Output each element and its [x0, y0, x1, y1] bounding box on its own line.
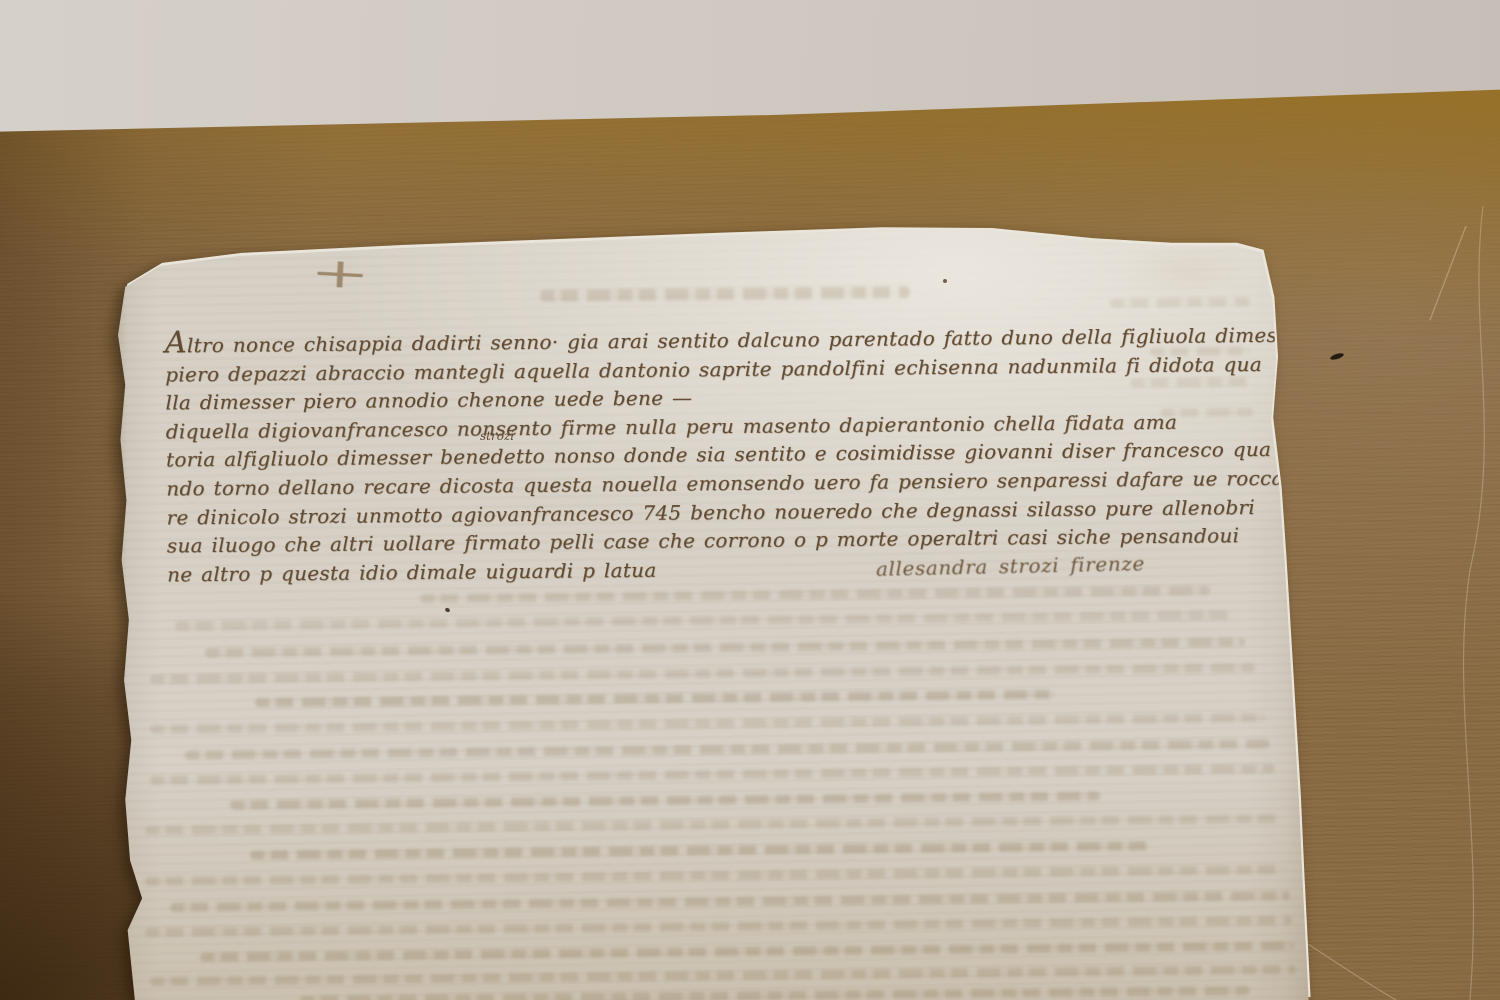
show-through-line: [185, 739, 1270, 759]
show-through-line: [540, 286, 910, 302]
show-through-line: [150, 764, 1275, 785]
paper-sheet: + Altro nonce chisappia dadirti senno· g…: [112, 224, 1317, 1000]
cross-mark: +: [309, 252, 371, 296]
show-through-line: [145, 865, 1285, 886]
show-through-line: [230, 791, 1100, 809]
ink-speck: [943, 279, 947, 283]
interlinear-insertion: strozi: [480, 430, 514, 442]
show-through-line: [145, 916, 1292, 937]
paper-surface: + Altro nonce chisappia dadirti senno· g…: [112, 224, 1317, 1000]
show-through-line: [255, 690, 1055, 707]
show-through-line: [170, 891, 1290, 912]
show-through-line: [1110, 297, 1250, 307]
show-through-line: [205, 638, 1245, 658]
show-through-line: [145, 814, 1280, 835]
letter-body: Altro nonce chisappia dadirti senno· gia…: [165, 319, 1297, 589]
show-through-line: [420, 586, 1210, 603]
show-through-line: [200, 941, 1294, 961]
show-through-line: [150, 713, 1265, 734]
show-through-line: [150, 965, 1296, 986]
show-through-line: [150, 663, 1255, 684]
show-through-line: [250, 841, 1150, 859]
photograph: + Altro nonce chisappia dadirti senno· g…: [0, 0, 1500, 1000]
signature: allesandra strozi firenze: [876, 553, 1145, 579]
show-through-line: [300, 986, 1250, 1000]
show-through-line: [175, 610, 1235, 630]
ink-speck: [444, 607, 450, 613]
